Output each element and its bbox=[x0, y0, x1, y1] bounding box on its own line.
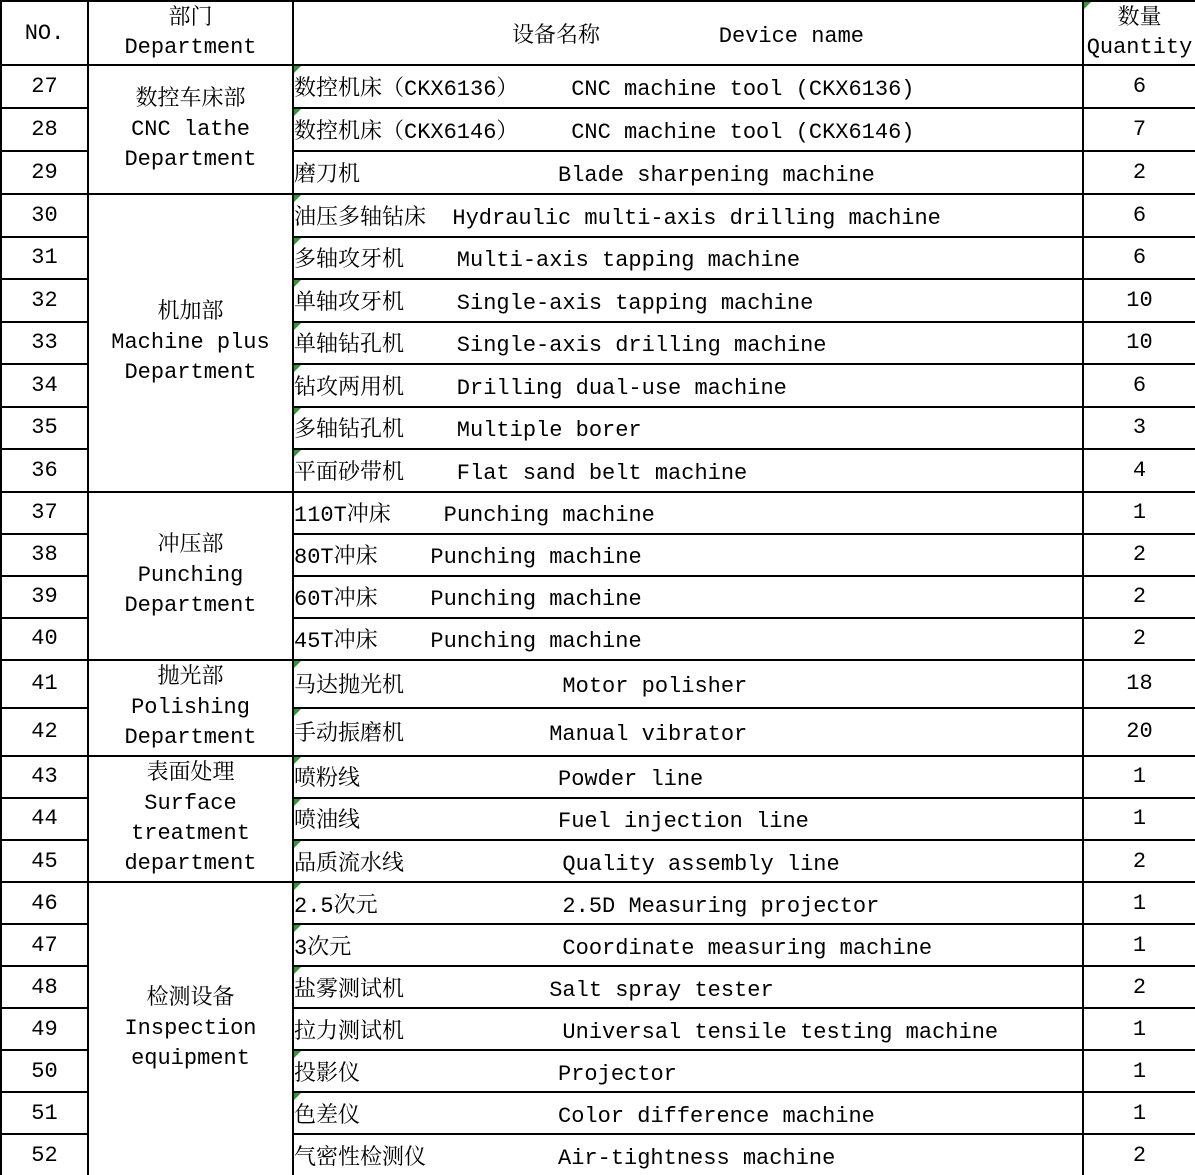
comment-flag-icon bbox=[294, 323, 301, 330]
row-number: 29 bbox=[1, 151, 88, 194]
header-row: NO. 部门 Department 设备名称 Device name 数量 Qu… bbox=[1, 1, 1195, 65]
device-name: 单轴攻牙机 Single-axis tapping machine bbox=[294, 291, 813, 316]
department-line: CNC lathe bbox=[89, 115, 292, 145]
device-cell: 盐雾测试机 Salt spray tester bbox=[293, 966, 1083, 1008]
department-line: Inspection bbox=[89, 1014, 292, 1044]
device-cell: 多轴攻牙机 Multi-axis tapping machine bbox=[293, 237, 1083, 280]
department-line: Department bbox=[89, 723, 292, 753]
device-name: 磨刀机 Blade sharpening machine bbox=[294, 163, 875, 188]
row-number: 34 bbox=[1, 364, 88, 407]
row-number: 44 bbox=[1, 798, 88, 840]
department-line: Department bbox=[89, 145, 292, 175]
quantity-cell: 2 bbox=[1083, 1134, 1195, 1175]
department-line: 抛光部 bbox=[89, 663, 292, 693]
quantity-cell: 20 bbox=[1083, 708, 1195, 756]
row-number: 31 bbox=[1, 237, 88, 280]
quantity-cell: 4 bbox=[1083, 449, 1195, 492]
header-department-en: Department bbox=[89, 33, 292, 62]
department-line: 检测设备 bbox=[89, 984, 292, 1014]
table-row: 41 抛光部 Polishing Department 马达抛光机 Motor … bbox=[1, 660, 1195, 708]
device-name: 投影仪 Projector bbox=[294, 1062, 677, 1087]
comment-flag-icon bbox=[294, 841, 301, 848]
device-name: 平面砂带机 Flat sand belt machine bbox=[294, 461, 747, 486]
device-name: 喷粉线 Powder line bbox=[294, 767, 703, 792]
quantity-cell: 1 bbox=[1083, 1008, 1195, 1050]
device-cell: 气密性检测仪 Air-tightness machine bbox=[293, 1134, 1083, 1175]
device-name: 60T冲床 Punching machine bbox=[294, 587, 642, 612]
comment-flag-icon bbox=[294, 757, 301, 764]
department-cell-punching: 冲压部 Punching Department bbox=[88, 492, 293, 660]
quantity-cell: 6 bbox=[1083, 65, 1195, 108]
comment-flag-icon bbox=[294, 925, 301, 932]
device-name: 拉力测试机 Universal tensile testing machine bbox=[294, 1020, 998, 1045]
header-device: 设备名称 Device name bbox=[293, 1, 1083, 65]
comment-flag-icon bbox=[294, 661, 301, 668]
quantity-cell: 2 bbox=[1083, 151, 1195, 194]
device-cell: 拉力测试机 Universal tensile testing machine bbox=[293, 1008, 1083, 1050]
device-cell: 数控机床（CKX6136） CNC machine tool (CKX6136) bbox=[293, 65, 1083, 108]
department-line: Department bbox=[89, 358, 292, 388]
department-line: treatment bbox=[89, 819, 292, 849]
department-line: department bbox=[89, 849, 292, 879]
row-number: 27 bbox=[1, 65, 88, 108]
device-cell: 60T冲床 Punching machine bbox=[293, 576, 1083, 618]
department-line: Machine plus bbox=[89, 328, 292, 358]
device-name: 单轴钻孔机 Single-axis drilling machine bbox=[294, 333, 826, 358]
quantity-cell: 1 bbox=[1083, 882, 1195, 924]
quantity-cell: 1 bbox=[1083, 1092, 1195, 1134]
device-cell: 马达抛光机 Motor polisher bbox=[293, 660, 1083, 708]
row-number: 45 bbox=[1, 840, 88, 882]
quantity-cell: 6 bbox=[1083, 364, 1195, 407]
comment-flag-icon bbox=[294, 280, 301, 287]
quantity-cell: 6 bbox=[1083, 194, 1195, 237]
comment-flag-icon bbox=[294, 408, 301, 415]
header-department-cn: 部门 bbox=[89, 4, 292, 33]
quantity-cell: 2 bbox=[1083, 576, 1195, 618]
quantity-cell: 2 bbox=[1083, 534, 1195, 576]
device-name: 多轴钻孔机 Multiple borer bbox=[294, 418, 642, 443]
row-number: 50 bbox=[1, 1050, 88, 1092]
comment-flag-icon bbox=[294, 195, 301, 202]
device-cell: 80T冲床 Punching machine bbox=[293, 534, 1083, 576]
comment-flag-icon bbox=[294, 238, 301, 245]
header-no-label: NO. bbox=[2, 19, 87, 48]
device-name: 手动振磨机 Manual vibrator bbox=[294, 722, 747, 747]
device-cell: 钻攻两用机 Drilling dual-use machine bbox=[293, 364, 1083, 407]
device-name: 钻攻两用机 Drilling dual-use machine bbox=[294, 376, 787, 401]
comment-flag-icon bbox=[294, 967, 301, 974]
comment-flag-icon bbox=[294, 365, 301, 372]
device-name: 80T冲床 Punching machine bbox=[294, 545, 642, 570]
row-number: 43 bbox=[1, 756, 88, 798]
device-cell: 2.5次元 2.5D Measuring projector bbox=[293, 882, 1083, 924]
comment-flag-icon bbox=[294, 450, 301, 457]
department-cell-polishing: 抛光部 Polishing Department bbox=[88, 660, 293, 756]
device-cell: 色差仪 Color difference machine bbox=[293, 1092, 1083, 1134]
row-number: 32 bbox=[1, 279, 88, 322]
row-number: 41 bbox=[1, 660, 88, 708]
device-name: 盐雾测试机 Salt spray tester bbox=[294, 978, 774, 1003]
quantity-cell: 10 bbox=[1083, 322, 1195, 365]
row-number: 46 bbox=[1, 882, 88, 924]
row-number: 35 bbox=[1, 407, 88, 450]
row-number: 36 bbox=[1, 449, 88, 492]
comment-flag-icon bbox=[294, 1051, 301, 1058]
device-cell: 投影仪 Projector bbox=[293, 1050, 1083, 1092]
quantity-cell: 18 bbox=[1083, 660, 1195, 708]
equipment-table: NO. 部门 Department 设备名称 Device name 数量 Qu… bbox=[0, 0, 1195, 1175]
department-line: 数控车床部 bbox=[89, 85, 292, 115]
comment-flag-icon bbox=[1084, 2, 1091, 9]
device-cell: 45T冲床 Punching machine bbox=[293, 618, 1083, 660]
department-line: Polishing bbox=[89, 693, 292, 723]
device-cell: 品质流水线 Quality assembly line bbox=[293, 840, 1083, 882]
row-number: 30 bbox=[1, 194, 88, 237]
table-row: 46 检测设备 Inspection equipment 2.5次元 2.5D … bbox=[1, 882, 1195, 924]
table-row: 37 冲压部 Punching Department 110T冲床 Punchi… bbox=[1, 492, 1195, 534]
header-no: NO. bbox=[1, 1, 88, 65]
device-cell: 平面砂带机 Flat sand belt machine bbox=[293, 449, 1083, 492]
department-cell-inspection: 检测设备 Inspection equipment bbox=[88, 882, 293, 1175]
quantity-cell: 1 bbox=[1083, 798, 1195, 840]
table-row: 30 机加部 Machine plus Department 油压多轴钻床 Hy… bbox=[1, 194, 1195, 237]
header-quantity-cn: 数量 bbox=[1084, 4, 1195, 33]
quantity-cell: 6 bbox=[1083, 237, 1195, 280]
device-cell: 喷粉线 Powder line bbox=[293, 756, 1083, 798]
quantity-cell: 1 bbox=[1083, 1050, 1195, 1092]
device-name: 2.5次元 2.5D Measuring projector bbox=[294, 894, 879, 919]
device-name: 110T冲床 Punching machine bbox=[294, 503, 655, 528]
row-number: 38 bbox=[1, 534, 88, 576]
device-cell: 单轴钻孔机 Single-axis drilling machine bbox=[293, 322, 1083, 365]
department-line: 机加部 bbox=[89, 298, 292, 328]
device-cell: 喷油线 Fuel injection line bbox=[293, 798, 1083, 840]
table-row: 43 表面处理 Surface treatment department 喷粉线… bbox=[1, 756, 1195, 798]
device-name: 品质流水线 Quality assembly line bbox=[294, 852, 840, 877]
comment-flag-icon bbox=[294, 1093, 301, 1100]
quantity-cell: 7 bbox=[1083, 108, 1195, 151]
device-name: 45T冲床 Punching machine bbox=[294, 629, 642, 654]
device-cell: 油压多轴钻床 Hydraulic multi-axis drilling mac… bbox=[293, 194, 1083, 237]
device-cell: 多轴钻孔机 Multiple borer bbox=[293, 407, 1083, 450]
comment-flag-icon bbox=[294, 883, 301, 890]
device-name: 数控机床（CKX6136） CNC machine tool (CKX6136) bbox=[294, 77, 914, 102]
device-cell: 磨刀机 Blade sharpening machine bbox=[293, 151, 1083, 194]
quantity-cell: 10 bbox=[1083, 279, 1195, 322]
table-row: 27 数控车床部 CNC lathe Department 数控机床（CKX61… bbox=[1, 65, 1195, 108]
department-line: Department bbox=[89, 591, 292, 621]
department-line: Surface bbox=[89, 789, 292, 819]
header-quantity-en: Quantity bbox=[1084, 33, 1195, 62]
device-name: 气密性检测仪 Air-tightness machine bbox=[294, 1146, 835, 1171]
row-number: 48 bbox=[1, 966, 88, 1008]
device-name: 色差仪 Color difference machine bbox=[294, 1104, 875, 1129]
row-number: 28 bbox=[1, 108, 88, 151]
device-cell: 单轴攻牙机 Single-axis tapping machine bbox=[293, 279, 1083, 322]
row-number: 49 bbox=[1, 1008, 88, 1050]
comment-flag-icon bbox=[294, 799, 301, 806]
device-cell: 3次元 Coordinate measuring machine bbox=[293, 924, 1083, 966]
quantity-cell: 1 bbox=[1083, 924, 1195, 966]
comment-flag-icon bbox=[294, 66, 301, 73]
row-number: 33 bbox=[1, 322, 88, 365]
department-line: equipment bbox=[89, 1044, 292, 1074]
device-cell: 手动振磨机 Manual vibrator bbox=[293, 708, 1083, 756]
device-name: 喷油线 Fuel injection line bbox=[294, 809, 809, 834]
header-quantity: 数量 Quantity bbox=[1083, 1, 1195, 65]
department-cell-cnc-lathe: 数控车床部 CNC lathe Department bbox=[88, 65, 293, 194]
quantity-cell: 1 bbox=[1083, 492, 1195, 534]
quantity-cell: 2 bbox=[1083, 618, 1195, 660]
quantity-cell: 2 bbox=[1083, 840, 1195, 882]
row-number: 51 bbox=[1, 1092, 88, 1134]
department-cell-machine-plus: 机加部 Machine plus Department bbox=[88, 194, 293, 492]
device-name: 多轴攻牙机 Multi-axis tapping machine bbox=[294, 248, 800, 273]
row-number: 39 bbox=[1, 576, 88, 618]
row-number: 37 bbox=[1, 492, 88, 534]
comment-flag-icon bbox=[294, 709, 301, 716]
device-cell: 110T冲床 Punching machine bbox=[293, 492, 1083, 534]
equipment-list-sheet: NO. 部门 Department 设备名称 Device name 数量 Qu… bbox=[0, 0, 1195, 1175]
department-line: 表面处理 bbox=[89, 759, 292, 789]
device-cell: 数控机床（CKX6146） CNC machine tool (CKX6146) bbox=[293, 108, 1083, 151]
row-number: 40 bbox=[1, 618, 88, 660]
department-cell-surface-treatment: 表面处理 Surface treatment department bbox=[88, 756, 293, 883]
department-line: Punching bbox=[89, 561, 292, 591]
device-name: 油压多轴钻床 Hydraulic multi-axis drilling mac… bbox=[294, 206, 941, 231]
device-name: 数控机床（CKX6146） CNC machine tool (CKX6146) bbox=[294, 120, 914, 145]
quantity-cell: 3 bbox=[1083, 407, 1195, 450]
comment-flag-icon bbox=[294, 109, 301, 116]
row-number: 42 bbox=[1, 708, 88, 756]
row-number: 52 bbox=[1, 1134, 88, 1175]
header-department: 部门 Department bbox=[88, 1, 293, 65]
department-line: 冲压部 bbox=[89, 531, 292, 561]
quantity-cell: 1 bbox=[1083, 756, 1195, 798]
device-name: 3次元 Coordinate measuring machine bbox=[294, 936, 932, 961]
quantity-cell: 2 bbox=[1083, 966, 1195, 1008]
device-name: 马达抛光机 Motor polisher bbox=[294, 674, 747, 699]
row-number: 47 bbox=[1, 924, 88, 966]
